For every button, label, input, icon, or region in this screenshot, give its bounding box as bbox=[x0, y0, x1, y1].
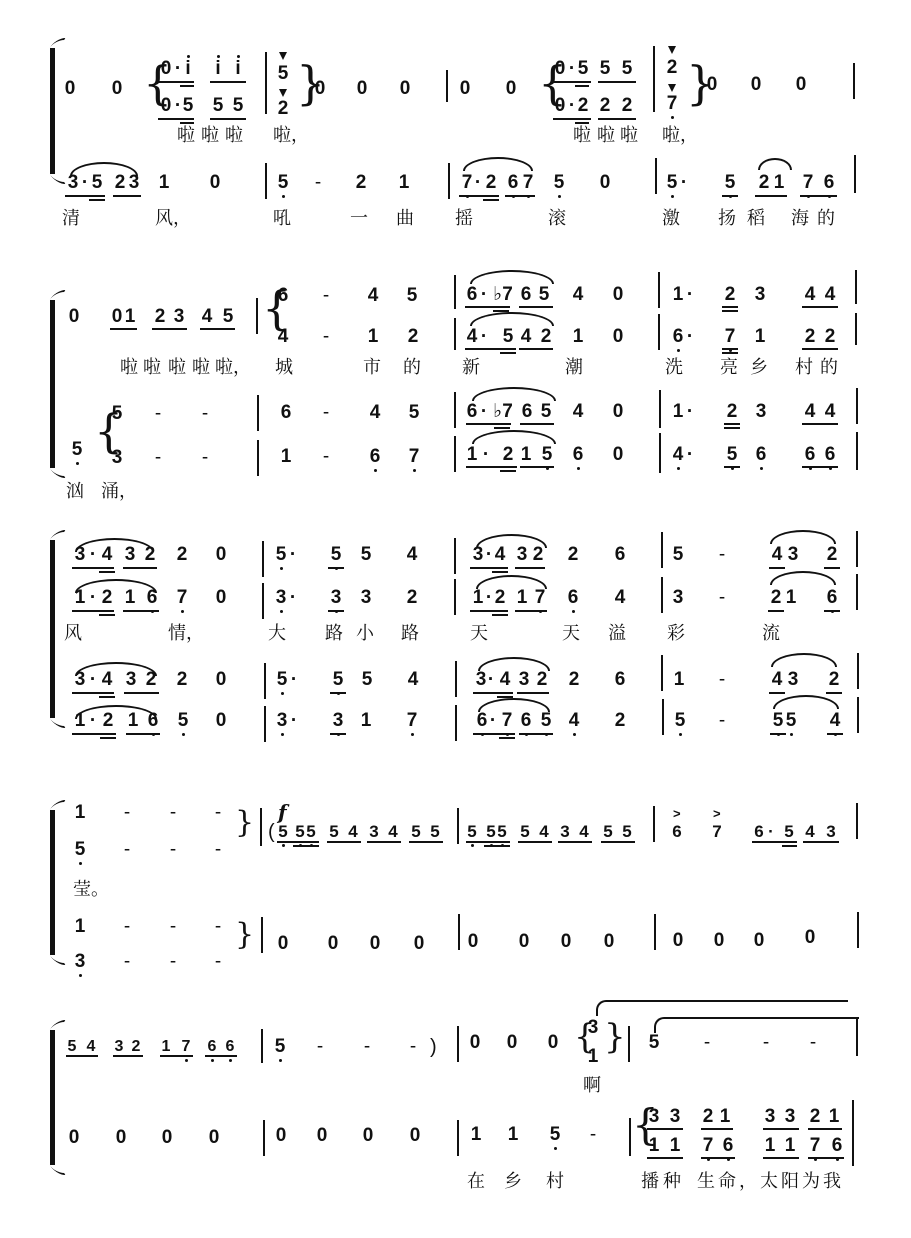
note: 5 bbox=[597, 59, 613, 79]
barline bbox=[455, 705, 457, 741]
note: 4 bbox=[612, 588, 628, 608]
dot: · bbox=[763, 822, 779, 842]
barline bbox=[448, 163, 450, 199]
note: 2 bbox=[756, 173, 772, 193]
note: 0 bbox=[213, 670, 229, 690]
note: 1 bbox=[72, 803, 88, 823]
dash: - bbox=[165, 840, 181, 860]
note: 1 bbox=[514, 588, 530, 608]
barline bbox=[853, 63, 855, 99]
note: 2 bbox=[353, 173, 369, 193]
voice-brace: } bbox=[604, 1020, 626, 1054]
lyric: 生命，太阳为我 bbox=[697, 1172, 844, 1192]
lyric: 啦 bbox=[143, 358, 161, 378]
note: 4 bbox=[518, 327, 534, 347]
note: 6 bbox=[222, 1037, 238, 1057]
note: i bbox=[210, 59, 226, 79]
barline bbox=[661, 532, 663, 568]
note: 5 bbox=[408, 822, 424, 842]
note: 0 bbox=[113, 1128, 129, 1148]
lyric: 啦 bbox=[177, 126, 195, 146]
note: 0 bbox=[213, 711, 229, 731]
note: 3 bbox=[585, 1018, 601, 1038]
dash: - bbox=[165, 803, 181, 823]
lyric: 莹。 bbox=[73, 880, 109, 900]
note: 2 bbox=[619, 96, 635, 116]
note: 0 bbox=[397, 79, 413, 99]
lyric: 的 bbox=[820, 358, 838, 378]
barline bbox=[856, 1018, 858, 1056]
lyric: 吼 bbox=[273, 209, 291, 229]
note: 0 bbox=[66, 1128, 82, 1148]
note: 4 bbox=[385, 822, 401, 842]
note: 2 bbox=[100, 711, 116, 731]
note: 0 bbox=[516, 932, 532, 952]
note: 1 bbox=[468, 1125, 484, 1145]
note: 0 bbox=[407, 1126, 423, 1146]
note: 4 bbox=[275, 327, 291, 347]
barline bbox=[662, 699, 664, 735]
note: 3 bbox=[785, 670, 801, 690]
lyric: 稻 bbox=[747, 209, 765, 229]
note: 0 bbox=[159, 1128, 175, 1148]
note: 6 bbox=[518, 711, 534, 731]
note: 0 bbox=[601, 932, 617, 952]
barline bbox=[658, 272, 660, 308]
note: 3 bbox=[823, 822, 839, 842]
note: 4 bbox=[404, 545, 420, 565]
dash: - bbox=[165, 917, 181, 937]
note: 1 bbox=[782, 1136, 798, 1156]
note: 6 bbox=[720, 1136, 736, 1156]
lyric: 流 bbox=[762, 624, 780, 644]
note: 7 bbox=[406, 447, 422, 467]
note: 4 bbox=[365, 286, 381, 306]
note: 0 bbox=[109, 79, 125, 99]
barline bbox=[265, 163, 267, 199]
note: i bbox=[180, 59, 196, 79]
note: 2 bbox=[492, 588, 508, 608]
lyric: 啊 bbox=[583, 1076, 601, 1096]
note: 0 bbox=[558, 932, 574, 952]
dot: · bbox=[286, 670, 302, 690]
lyric: 激 bbox=[662, 209, 680, 229]
note: 3 bbox=[762, 1107, 778, 1127]
lyric: 啦， bbox=[215, 358, 251, 378]
note: 0 bbox=[748, 75, 764, 95]
note: 0 bbox=[802, 928, 818, 948]
dash: - bbox=[150, 448, 166, 468]
barline bbox=[265, 52, 267, 114]
note: 5 bbox=[783, 711, 799, 731]
lyric: 啦， bbox=[273, 126, 309, 146]
note: 0 bbox=[325, 934, 341, 954]
barline bbox=[655, 158, 657, 194]
note: 5 bbox=[180, 96, 196, 116]
barline bbox=[661, 577, 663, 613]
barline bbox=[454, 318, 456, 350]
note: 4 bbox=[199, 307, 215, 327]
accent-mark: > bbox=[673, 806, 681, 821]
lyric: 扬 bbox=[718, 209, 736, 229]
note: 0 bbox=[504, 1033, 520, 1053]
note: 3 bbox=[782, 1107, 798, 1127]
note: 0 bbox=[711, 931, 727, 951]
note: 2 bbox=[664, 58, 680, 78]
note: 2 bbox=[807, 1107, 823, 1127]
note: 5 bbox=[464, 822, 480, 842]
barline bbox=[260, 808, 262, 846]
voice-brace: } bbox=[235, 808, 254, 838]
note: 2 bbox=[612, 711, 628, 731]
note: 4 bbox=[769, 670, 785, 690]
note: 1 bbox=[783, 588, 799, 608]
note: 2 bbox=[802, 327, 818, 347]
note: 4 bbox=[367, 403, 383, 423]
dash: - bbox=[758, 1033, 774, 1053]
barline bbox=[257, 395, 259, 431]
note: 0 bbox=[793, 75, 809, 95]
note: 3 bbox=[752, 285, 768, 305]
lyric: 乡 bbox=[504, 1172, 522, 1192]
note: 1 bbox=[771, 173, 787, 193]
barline bbox=[661, 655, 663, 691]
note: 1 bbox=[762, 1136, 778, 1156]
tie bbox=[596, 1000, 848, 1016]
note: 0 bbox=[610, 285, 626, 305]
lyric: 市 bbox=[363, 358, 381, 378]
note: 3 bbox=[171, 307, 187, 327]
note: 0 bbox=[66, 307, 82, 327]
note: 1 bbox=[358, 711, 374, 731]
dot: · bbox=[682, 285, 698, 305]
note: 0 bbox=[360, 1126, 376, 1146]
dot: · bbox=[682, 402, 698, 422]
note: 7 bbox=[532, 588, 548, 608]
note: 2 bbox=[174, 545, 190, 565]
barline bbox=[856, 388, 858, 424]
note: 3 bbox=[785, 545, 801, 565]
note: 5 bbox=[359, 670, 375, 690]
note: 3 bbox=[646, 1107, 662, 1127]
barline bbox=[454, 436, 456, 472]
dash: - bbox=[318, 447, 334, 467]
note: 5 bbox=[275, 822, 291, 842]
note: 1 bbox=[717, 1107, 733, 1127]
note: 6 bbox=[367, 447, 383, 467]
note: 4 bbox=[570, 285, 586, 305]
note: 0 bbox=[610, 327, 626, 347]
dot: · bbox=[478, 445, 494, 465]
note: 4 bbox=[405, 670, 421, 690]
note: 6 bbox=[505, 173, 521, 193]
note: 1 bbox=[646, 1136, 662, 1156]
dot: · bbox=[285, 545, 301, 565]
lyric: 涌， bbox=[101, 482, 137, 502]
note: 4 bbox=[822, 285, 838, 305]
note: 0 bbox=[213, 588, 229, 608]
voice-brace: } bbox=[235, 920, 254, 950]
note: 6 bbox=[822, 445, 838, 465]
note: 0 bbox=[213, 545, 229, 565]
note: 3 bbox=[126, 173, 142, 193]
lyric: 播种 bbox=[641, 1172, 685, 1192]
note: 1 bbox=[278, 447, 294, 467]
dot: · bbox=[476, 285, 492, 305]
lyric: 清 bbox=[62, 209, 80, 229]
lyric: 风 bbox=[64, 624, 82, 644]
note: 5 bbox=[64, 1037, 80, 1057]
lyric: 彩 bbox=[667, 624, 685, 644]
note: 5 bbox=[547, 1125, 563, 1145]
note: 2 bbox=[700, 1107, 716, 1127]
system-bracket bbox=[50, 810, 60, 955]
dash: - bbox=[714, 588, 730, 608]
lyric: 小 bbox=[356, 624, 374, 644]
note: 2 bbox=[722, 285, 738, 305]
note: ♭7 bbox=[492, 285, 514, 305]
barline bbox=[654, 914, 656, 950]
note: 2 bbox=[405, 327, 421, 347]
note: 7 bbox=[800, 173, 816, 193]
barline bbox=[454, 275, 456, 309]
dash: - bbox=[714, 670, 730, 690]
note: ♭7 bbox=[492, 402, 514, 422]
dash: - bbox=[150, 404, 166, 424]
lyric: 村 bbox=[546, 1172, 564, 1192]
dash: - bbox=[210, 840, 226, 860]
note: 5 bbox=[539, 445, 555, 465]
lyric: 天 bbox=[470, 624, 488, 644]
note: 5 bbox=[328, 545, 344, 565]
note: 6 bbox=[278, 403, 294, 423]
barline bbox=[446, 70, 448, 102]
open-paren: ( bbox=[268, 821, 275, 844]
note: 4 bbox=[827, 711, 843, 731]
note: 2 bbox=[143, 670, 159, 690]
barline bbox=[628, 1026, 630, 1062]
note: 4 bbox=[497, 670, 513, 690]
lyric: 路 bbox=[325, 624, 343, 644]
note: 2 bbox=[822, 327, 838, 347]
barline bbox=[263, 1120, 265, 1156]
note: 2 bbox=[565, 545, 581, 565]
jianpu-score-page: 0 0 { 0 · i i i 0 · 5 5 5 5 2 } 0 0 0 0 … bbox=[0, 0, 911, 1238]
note: 3 bbox=[516, 670, 532, 690]
note: 0 bbox=[312, 79, 328, 99]
note: 5 bbox=[646, 1033, 662, 1053]
note: 1 bbox=[122, 307, 138, 327]
note: 5 bbox=[89, 173, 105, 193]
barline bbox=[658, 314, 660, 350]
system-bracket bbox=[50, 1030, 60, 1165]
dash: - bbox=[310, 173, 326, 193]
note: 5 bbox=[619, 822, 635, 842]
barline bbox=[855, 313, 857, 345]
lyric: 啦 bbox=[573, 126, 591, 146]
lyric: 城 bbox=[275, 358, 293, 378]
barline bbox=[857, 912, 859, 948]
note: 6 bbox=[145, 711, 161, 731]
note: 7 bbox=[174, 588, 190, 608]
note: 2 bbox=[824, 545, 840, 565]
dynamic-forte: f bbox=[278, 800, 287, 824]
note: 5 bbox=[672, 711, 688, 731]
note: 6 bbox=[753, 445, 769, 465]
lyric: 啦 bbox=[201, 126, 219, 146]
note: 1 bbox=[156, 173, 172, 193]
note: 3 bbox=[72, 952, 88, 972]
note: 5 bbox=[427, 822, 443, 842]
note: 2 bbox=[174, 670, 190, 690]
note: 2 bbox=[826, 670, 842, 690]
system-bracket bbox=[50, 300, 60, 468]
lyric: 的 bbox=[817, 209, 835, 229]
lyric: 村 bbox=[795, 358, 813, 378]
note: 2 bbox=[275, 99, 291, 119]
note: 3 bbox=[670, 588, 686, 608]
note: 5 bbox=[722, 173, 738, 193]
barline bbox=[856, 803, 858, 839]
note: 1 bbox=[667, 1136, 683, 1156]
note: 3 bbox=[122, 545, 138, 565]
barline bbox=[856, 531, 858, 567]
note: 4 bbox=[492, 545, 508, 565]
note: 5 bbox=[600, 822, 616, 842]
note: 1 bbox=[752, 327, 768, 347]
barline bbox=[855, 270, 857, 304]
note: 4 bbox=[99, 670, 115, 690]
note: 1 bbox=[122, 588, 138, 608]
dash: - bbox=[805, 1033, 821, 1053]
note: 4 bbox=[83, 1037, 99, 1057]
barline bbox=[454, 392, 456, 428]
note: 5 bbox=[724, 445, 740, 465]
dot: · bbox=[682, 445, 698, 465]
note: 5 bbox=[72, 840, 88, 860]
lyric: 滚 bbox=[548, 209, 566, 229]
note: 1 bbox=[570, 327, 586, 347]
note: 5 bbox=[109, 404, 125, 424]
note: 4 bbox=[99, 545, 115, 565]
note: 6 bbox=[669, 822, 685, 842]
lyric: 啦 bbox=[120, 358, 138, 378]
dash: - bbox=[210, 952, 226, 972]
note: 6 bbox=[612, 545, 628, 565]
note: 0 bbox=[207, 173, 223, 193]
lyric: 的 bbox=[403, 358, 421, 378]
accent-mark: > bbox=[713, 806, 721, 821]
barline bbox=[653, 46, 655, 112]
note: 5 bbox=[500, 327, 516, 347]
note: 3 bbox=[358, 588, 374, 608]
barline bbox=[659, 433, 661, 473]
barline bbox=[264, 663, 266, 699]
note: 7 bbox=[664, 94, 680, 114]
note: 2 bbox=[538, 327, 554, 347]
lyric: 海 bbox=[791, 209, 809, 229]
note: 2 bbox=[152, 307, 168, 327]
note: 4 bbox=[345, 822, 361, 842]
note: 0 bbox=[610, 445, 626, 465]
note: 5 bbox=[551, 173, 567, 193]
lyric: 啦 bbox=[597, 126, 615, 146]
note: 1 bbox=[396, 173, 412, 193]
note: 1 bbox=[505, 1125, 521, 1145]
note: 7 bbox=[404, 711, 420, 731]
note: 5 bbox=[330, 670, 346, 690]
dash: - bbox=[318, 403, 334, 423]
barline bbox=[261, 917, 263, 953]
dot: · bbox=[476, 327, 492, 347]
lyric: 溢 bbox=[608, 624, 626, 644]
note: 2 bbox=[597, 96, 613, 116]
note: i bbox=[230, 59, 246, 79]
note: 0 bbox=[411, 934, 427, 954]
dash: - bbox=[210, 803, 226, 823]
note: 0 bbox=[670, 931, 686, 951]
dot: · bbox=[682, 327, 698, 347]
note: 5 bbox=[781, 822, 797, 842]
note: 2 bbox=[566, 670, 582, 690]
dash: - bbox=[165, 952, 181, 972]
dash: - bbox=[699, 1033, 715, 1053]
note: 1 bbox=[125, 711, 141, 731]
note: 1 bbox=[365, 327, 381, 347]
note: 5 bbox=[210, 96, 226, 116]
lyric: 亮 bbox=[720, 358, 738, 378]
dot: · bbox=[676, 173, 692, 193]
note: 4 bbox=[570, 402, 586, 422]
note: 5 bbox=[303, 822, 319, 842]
note: 5 bbox=[670, 545, 686, 565]
dash: - bbox=[714, 711, 730, 731]
lyric: 啦 bbox=[192, 358, 210, 378]
note: 5 bbox=[272, 1037, 288, 1057]
barline bbox=[659, 390, 661, 428]
note: 1 bbox=[826, 1107, 842, 1127]
lyric: 摇 bbox=[455, 209, 473, 229]
note: 5 bbox=[538, 711, 554, 731]
dot: · bbox=[286, 711, 302, 731]
barline bbox=[854, 155, 856, 193]
note: 2 bbox=[534, 670, 550, 690]
note: 5 bbox=[275, 64, 291, 84]
dash: - bbox=[119, 952, 135, 972]
dot: · bbox=[85, 711, 101, 731]
lyric: 洗 bbox=[665, 358, 683, 378]
barline bbox=[457, 1120, 459, 1156]
lyric: 曲 bbox=[396, 209, 414, 229]
note: 6 bbox=[612, 670, 628, 690]
barline bbox=[257, 440, 259, 476]
note: 3 bbox=[330, 711, 346, 731]
barline bbox=[458, 914, 460, 950]
barline bbox=[457, 808, 459, 844]
note: 4 bbox=[802, 822, 818, 842]
dash: - bbox=[119, 917, 135, 937]
dash: - bbox=[119, 840, 135, 860]
lyric: 啦， bbox=[662, 126, 698, 146]
barline bbox=[857, 697, 859, 733]
tie bbox=[654, 1017, 859, 1033]
note: 5 bbox=[494, 822, 510, 842]
note: 6 bbox=[821, 173, 837, 193]
dash: - bbox=[197, 404, 213, 424]
dash: - bbox=[318, 327, 334, 347]
note: 1 bbox=[518, 445, 534, 465]
lyric: 天 bbox=[562, 624, 580, 644]
